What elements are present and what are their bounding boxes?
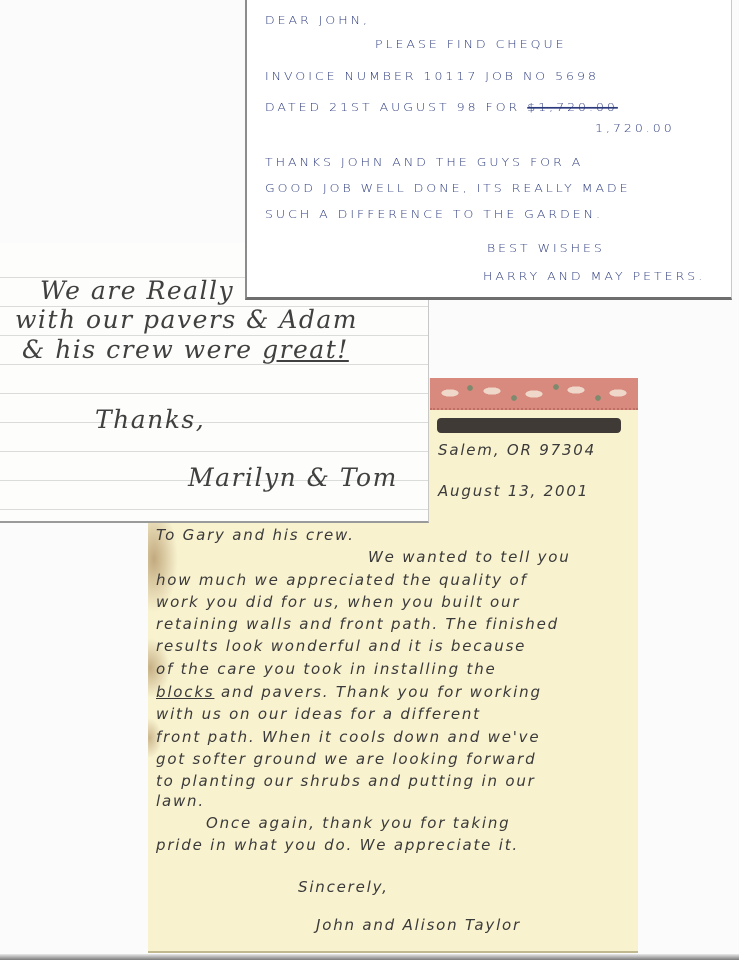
dated-prefix: Dated 21st August 98 for (265, 101, 520, 114)
closing: Thanks, (95, 405, 205, 434)
salutation: Dear John, (265, 14, 370, 27)
struck-amount: $1,720.00 (527, 101, 618, 114)
body-line: to planting our shrubs and putting in ou… (156, 772, 536, 790)
closing: Sincerely, (298, 878, 389, 896)
underlined-word-blocks: blocks (156, 683, 214, 701)
dated-line: Dated 21st August 98 for $1,720.00 (265, 101, 618, 114)
body-line: & his crew were (22, 335, 253, 364)
greeting: To Gary and his crew. (156, 526, 355, 544)
invoice-line: Invoice number 10117 Job no 5698 (265, 70, 599, 83)
floral-letterhead-banner (430, 378, 638, 410)
body-line: and pavers. Thank you for working (221, 683, 542, 701)
body-line: results look wonderful and it is because (156, 637, 526, 655)
letter-date: August 13, 2001 (438, 482, 589, 500)
body-line: with our pavers & Adam (15, 305, 358, 334)
body-line: with us on our ideas for a different (156, 705, 481, 723)
emphasis-word-great: great! (262, 335, 349, 364)
body-line: work you did for us, when you built our (156, 593, 520, 611)
redacted-street-address (437, 418, 621, 433)
body-line-great: & his crew were great! (22, 335, 349, 364)
body-line: such a difference to the garden. (265, 208, 603, 221)
body-line: Thanks John and the guys for a (265, 156, 583, 169)
body-line: retaining walls and front path. The fini… (156, 615, 559, 633)
enclosed-line: Please find cheque (375, 38, 567, 51)
signature: John and Alison Taylor (316, 916, 521, 934)
signature: Marilyn & Tom (188, 463, 398, 492)
body-line-blocks: blocks and pavers. Thank you for working (156, 683, 542, 701)
corrected-amount: 1,720.00 (595, 122, 675, 135)
body-line: pride in what you do. We appreciate it. (156, 836, 519, 854)
city-line: Salem, OR 97304 (438, 441, 596, 459)
body-line: Once again, thank you for taking (206, 814, 511, 832)
body-line: lawn. (156, 792, 205, 810)
peters-note-card: Dear John, Please find cheque Invoice nu… (245, 0, 732, 300)
closing: Best wishes (487, 242, 605, 255)
body-line: good job well done, its really made (265, 182, 631, 195)
body-line: front path. When it cools down and we've (156, 728, 540, 746)
body-line: of the care you took in installing the (156, 660, 497, 678)
body-line: We are Really (40, 276, 234, 305)
body-line: how much we appreciated the quality of (156, 571, 528, 589)
body-line: We wanted to tell you (368, 548, 571, 566)
signature: Harry and May Peters. (483, 270, 705, 283)
body-line: got softer ground we are looking forward (156, 750, 536, 768)
scanner-edge-shadow (0, 954, 739, 960)
